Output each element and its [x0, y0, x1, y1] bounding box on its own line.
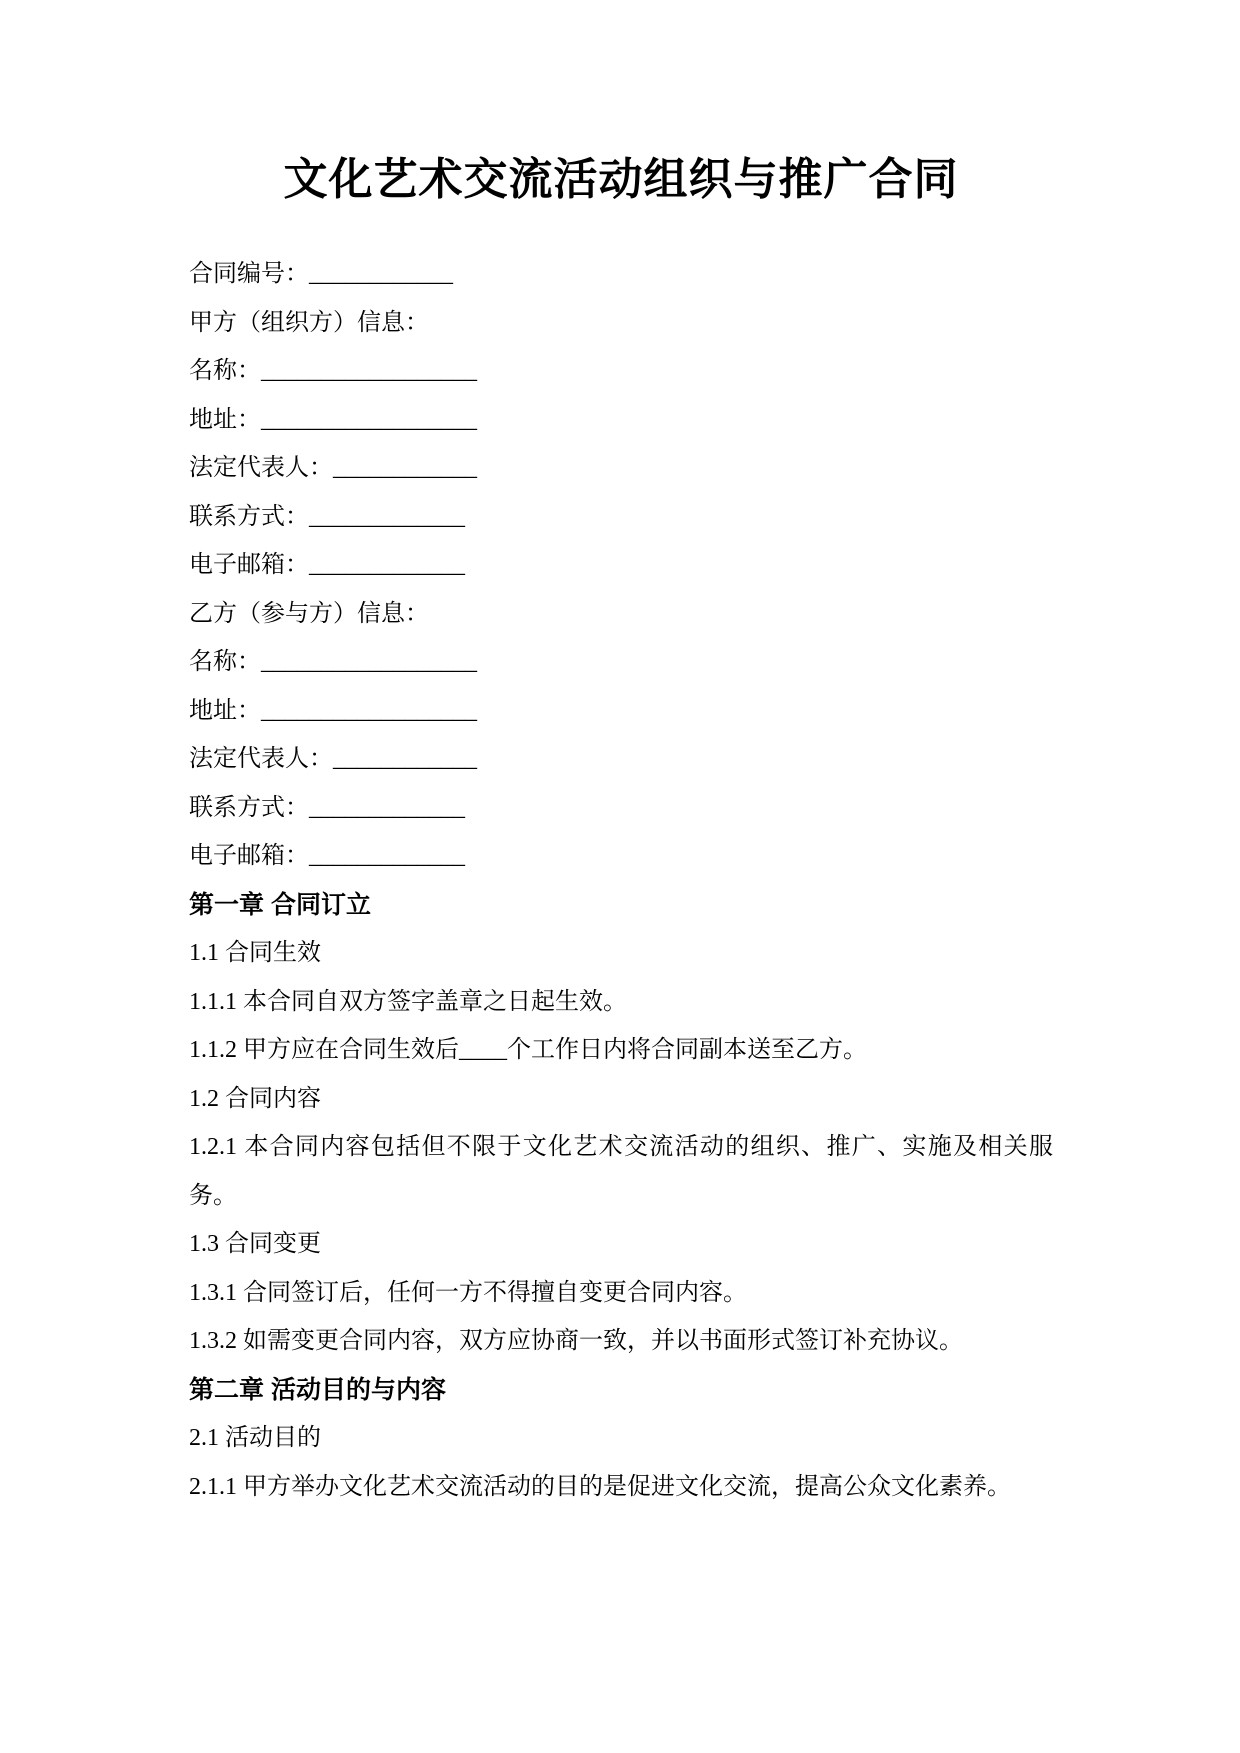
clause-1-3-2: 1.3.2 如需变更合同内容，双方应协商一致，并以书面形式签订补充协议。 [189, 1317, 1053, 1366]
party-a-legal-rep-blank: ____________ [333, 455, 477, 481]
contract-document-page: 文化艺术交流活动组织与推广合同 合同编号：____________ 甲方（组织方… [0, 0, 1240, 1753]
party-b-contact-blank: _____________ [309, 795, 465, 821]
clause-1-3-1: 1.3.1 合同签订后，任何一方不得擅自变更合同内容。 [189, 1269, 1053, 1318]
party-b-contact-row: 联系方式：_____________ [189, 784, 1053, 833]
party-b-legal-rep-blank: ____________ [333, 746, 477, 772]
clause-1-2-1: 1.2.1 本合同内容包括但不限于文化艺术交流活动的组织、推广、实施及相关服务。 [189, 1123, 1053, 1220]
clause-1-2: 1.2 合同内容 [189, 1075, 1053, 1124]
party-b-heading: 乙方（参与方）信息： [189, 590, 1053, 639]
contract-number-line: 合同编号：____________ [189, 250, 1053, 299]
party-b-email-row: 电子邮箱：_____________ [189, 832, 1053, 881]
contract-number-label: 合同编号： [189, 261, 309, 287]
clause-1-3: 1.3 合同变更 [189, 1220, 1053, 1269]
party-a-contact-row: 联系方式：_____________ [189, 493, 1053, 542]
party-a-email-label: 电子邮箱： [189, 552, 309, 578]
party-b-address-blank: __________________ [261, 698, 477, 724]
party-a-email-blank: _____________ [309, 552, 465, 578]
party-b-name-label: 名称： [189, 649, 261, 675]
chapter-1-heading: 第一章 合同订立 [189, 881, 1053, 930]
party-a-address-label: 地址： [189, 407, 261, 433]
party-b-name-row: 名称：__________________ [189, 638, 1053, 687]
party-b-name-blank: __________________ [261, 649, 477, 675]
party-a-address-row: 地址：__________________ [189, 396, 1053, 445]
clause-1-1: 1.1 合同生效 [189, 929, 1053, 978]
party-a-contact-blank: _____________ [309, 504, 465, 530]
document-title: 文化艺术交流活动组织与推广合同 [189, 150, 1053, 210]
clause-2-1: 2.1 活动目的 [189, 1414, 1053, 1463]
party-a-email-row: 电子邮箱：_____________ [189, 541, 1053, 590]
party-b-legal-rep-row: 法定代表人：____________ [189, 735, 1053, 784]
party-a-name-row: 名称：__________________ [189, 347, 1053, 396]
clause-1-1-2: 1.1.2 甲方应在合同生效后____个工作日内将合同副本送至乙方。 [189, 1026, 1053, 1075]
party-b-address-row: 地址：__________________ [189, 687, 1053, 736]
party-a-heading: 甲方（组织方）信息： [189, 299, 1053, 348]
party-b-contact-label: 联系方式： [189, 795, 309, 821]
party-b-legal-rep-label: 法定代表人： [189, 746, 333, 772]
clause-1-1-1: 1.1.1 本合同自双方签字盖章之日起生效。 [189, 978, 1053, 1027]
party-b-email-label: 电子邮箱： [189, 843, 309, 869]
contract-number-blank: ____________ [309, 261, 453, 287]
party-b-address-label: 地址： [189, 698, 261, 724]
party-a-name-label: 名称： [189, 358, 261, 384]
clause-2-1-1: 2.1.1 甲方举办文化艺术交流活动的目的是促进文化交流，提高公众文化素养。 [189, 1463, 1053, 1512]
party-a-legal-rep-label: 法定代表人： [189, 455, 333, 481]
party-a-contact-label: 联系方式： [189, 504, 309, 530]
party-a-address-blank: __________________ [261, 407, 477, 433]
party-b-email-blank: _____________ [309, 843, 465, 869]
party-a-legal-rep-row: 法定代表人：____________ [189, 444, 1053, 493]
chapter-2-heading: 第二章 活动目的与内容 [189, 1366, 1053, 1415]
party-a-name-blank: __________________ [261, 358, 477, 384]
